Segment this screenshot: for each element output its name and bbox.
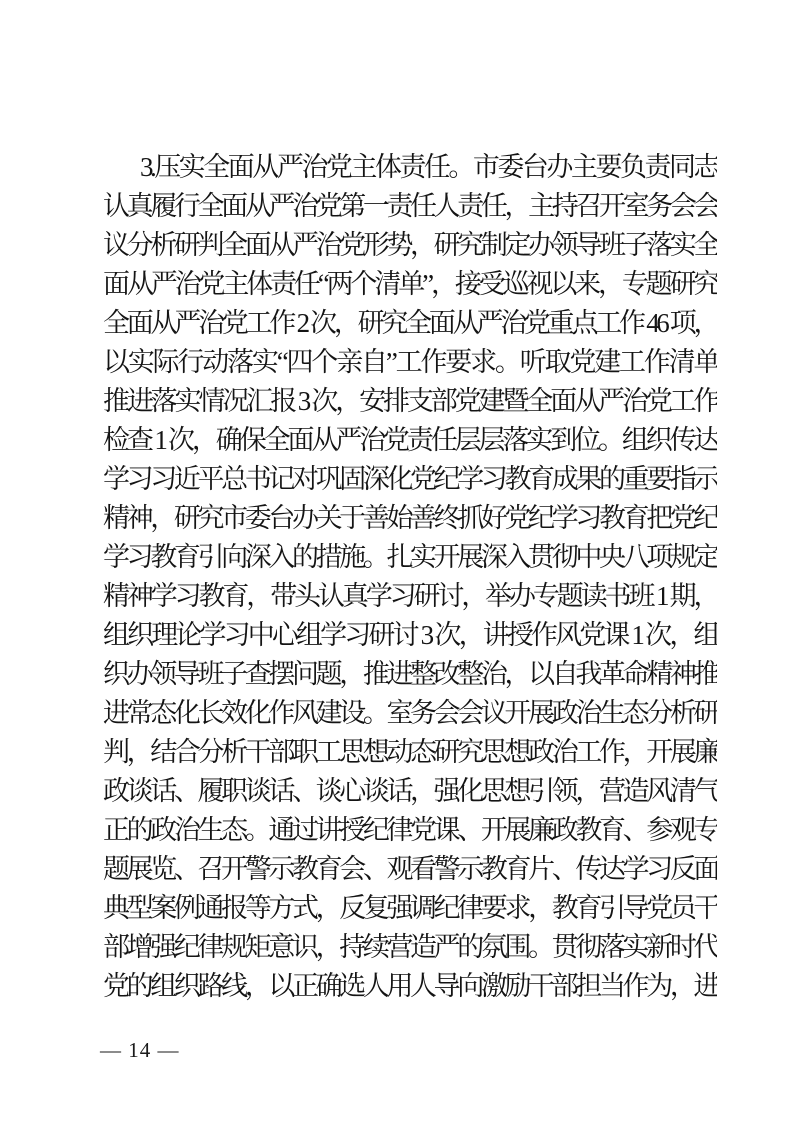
text-line: 正的政治生态。通过讲授纪律党课、开展廉政教育、参观专	[103, 811, 717, 850]
page-number: — 14 —	[100, 1038, 180, 1063]
text-line: 学习习近平总书记对巩固深化党纪学习教育成果的重要指示	[103, 460, 717, 499]
text-line: 推进落实情况汇报 3 次，安排支部党建暨全面从严治党工作	[103, 382, 717, 421]
text-line: 织办领导班子查摆问题，推进整改整治，以自我革命精神推	[103, 655, 717, 694]
text-line: 组织理论学习中心组学习研讨 3 次，讲授作风党课 1 次，组	[103, 616, 717, 655]
text-line: 学习教育引向深入的措施。扎实开展深入贯彻中央八项规定	[103, 538, 717, 577]
text-line: 政谈话、履职谈话、谈心谈话，强化思想引领，营造风清气	[103, 772, 717, 811]
text-line: 3.压实全面从严治党主体责任。市委台办主要负责同志	[103, 148, 717, 187]
text-line: 检查 1 次，确保全面从严治党责任层层落实到位。组织传达	[103, 421, 717, 460]
text-line: 进常态化长效化作风建设。室务会会议开展政治生态分析研	[103, 694, 717, 733]
body-paragraph: 3.压实全面从严治党主体责任。市委台办主要负责同志 认真履行全面从严治党第一责任…	[103, 148, 717, 1006]
document-page: 3.压实全面从严治党主体责任。市委台办主要负责同志 认真履行全面从严治党第一责任…	[0, 0, 800, 1131]
text-line: 全面从严治党工作 2 次，研究全面从严治党重点工作 46 项，	[103, 304, 717, 343]
text-line: 题展览、召开警示教育会、观看警示教育片、传达学习反面	[103, 850, 717, 889]
text-line: 判，结合分析干部职工思想动态研究思想政治工作，开展廉	[103, 733, 717, 772]
text-line: 精神学习教育，带头认真学习研讨，举办专题读书班 1 期，	[103, 577, 717, 616]
text-line: 认真履行全面从严治党第一责任人责任，主持召开室务会会	[103, 187, 717, 226]
text-line: 典型案例通报等方式，反复强调纪律要求，教育引导党员干	[103, 889, 717, 928]
text-line: 精神，研究市委台办关于善始善终抓好党纪学习教育把党纪	[103, 499, 717, 538]
text-line: 部增强纪律规矩意识，持续营造严的氛围。贯彻落实新时代	[103, 928, 717, 967]
text-line: 党的组织路线，以正确选人用人导向激励干部担当作为，进	[103, 967, 717, 1006]
text-line: 面从严治党主体责任“两个清单”，接受巡视以来，专题研究	[103, 265, 717, 304]
text-line: 议分析研判全面从严治党形势，研究制定办领导班子落实全	[103, 226, 717, 265]
text-line: 以实际行动落实“四个亲自”工作要求。听取党建工作清单	[103, 343, 717, 382]
